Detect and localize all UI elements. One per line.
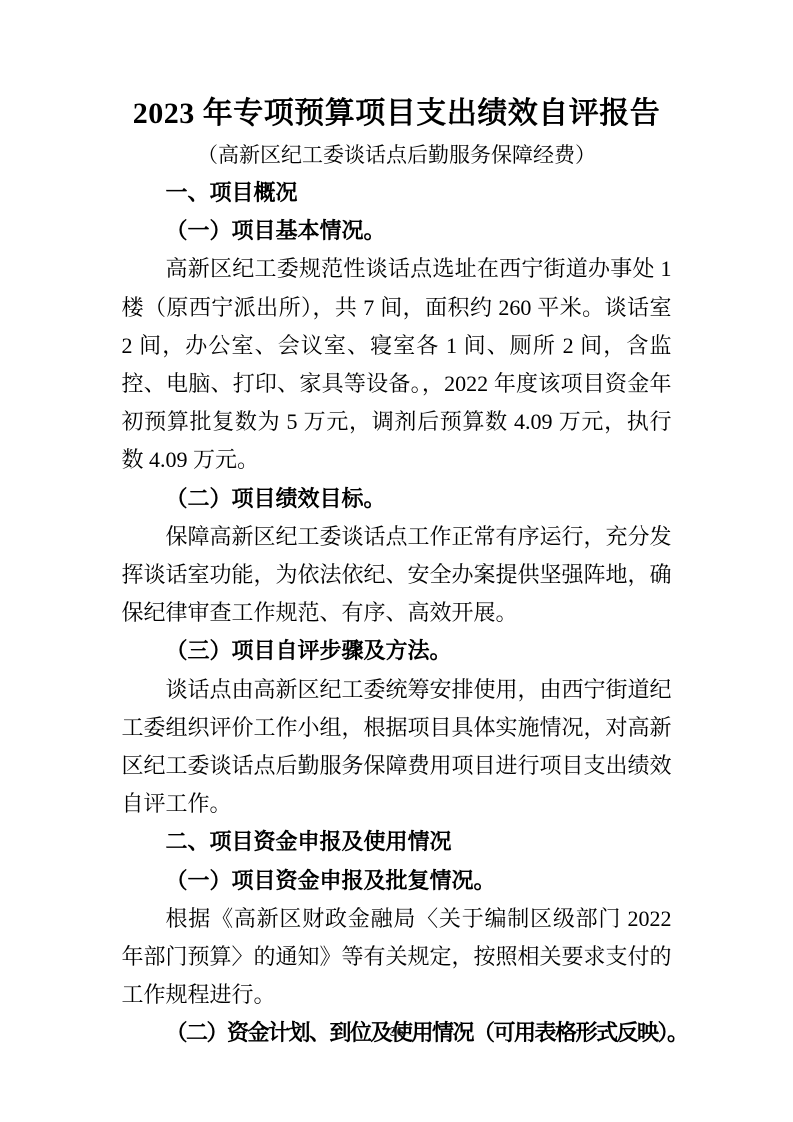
page-number: 36 bbox=[0, 1024, 793, 1040]
document-body: 一、项目概况 （一）项目基本情况。 高新区纪工委规范性谈话点选址在西宁街道办事处… bbox=[122, 174, 672, 1053]
paragraph-basic-info: 高新区纪工委规范性谈话点选址在西宁街道办事处 1 楼（原西宁派出所），共 7 间… bbox=[122, 250, 672, 479]
paragraph-self-evaluation-method: 谈话点由高新区纪工委统筹安排使用，由西宁街道纪工委组织评价工作小组，根据项目具体… bbox=[122, 671, 672, 824]
subsection-heading-fund-approval: （一）项目资金申报及批复情况。 bbox=[122, 862, 672, 900]
subsection-heading-performance-goals: （二）项目绩效目标。 bbox=[122, 480, 672, 518]
document-title: 2023 年专项预算项目支出绩效自评报告 bbox=[0, 92, 793, 136]
section-heading-fund-application: 二、项目资金申报及使用情况 bbox=[122, 823, 672, 861]
subsection-heading-self-evaluation-method: （三）项目自评步骤及方法。 bbox=[122, 632, 672, 670]
document-subtitle: （高新区纪工委谈话点后勤服务保障经费） bbox=[0, 136, 793, 174]
subsection-heading-basic-info: （一）项目基本情况。 bbox=[122, 212, 672, 250]
document-page: 2023 年专项预算项目支出绩效自评报告 （高新区纪工委谈话点后勤服务保障经费）… bbox=[0, 0, 793, 1122]
paragraph-performance-goals: 保障高新区纪工委谈话点工作正常有序运行，充分发挥谈话室功能，为依法依纪、安全办案… bbox=[122, 518, 672, 633]
paragraph-fund-approval: 根据《高新区财政金融局〈关于编制区级部门 2022 年部门预算〉的通知》等有关规… bbox=[122, 900, 672, 1015]
section-heading-project-overview: 一、项目概况 bbox=[122, 174, 672, 212]
